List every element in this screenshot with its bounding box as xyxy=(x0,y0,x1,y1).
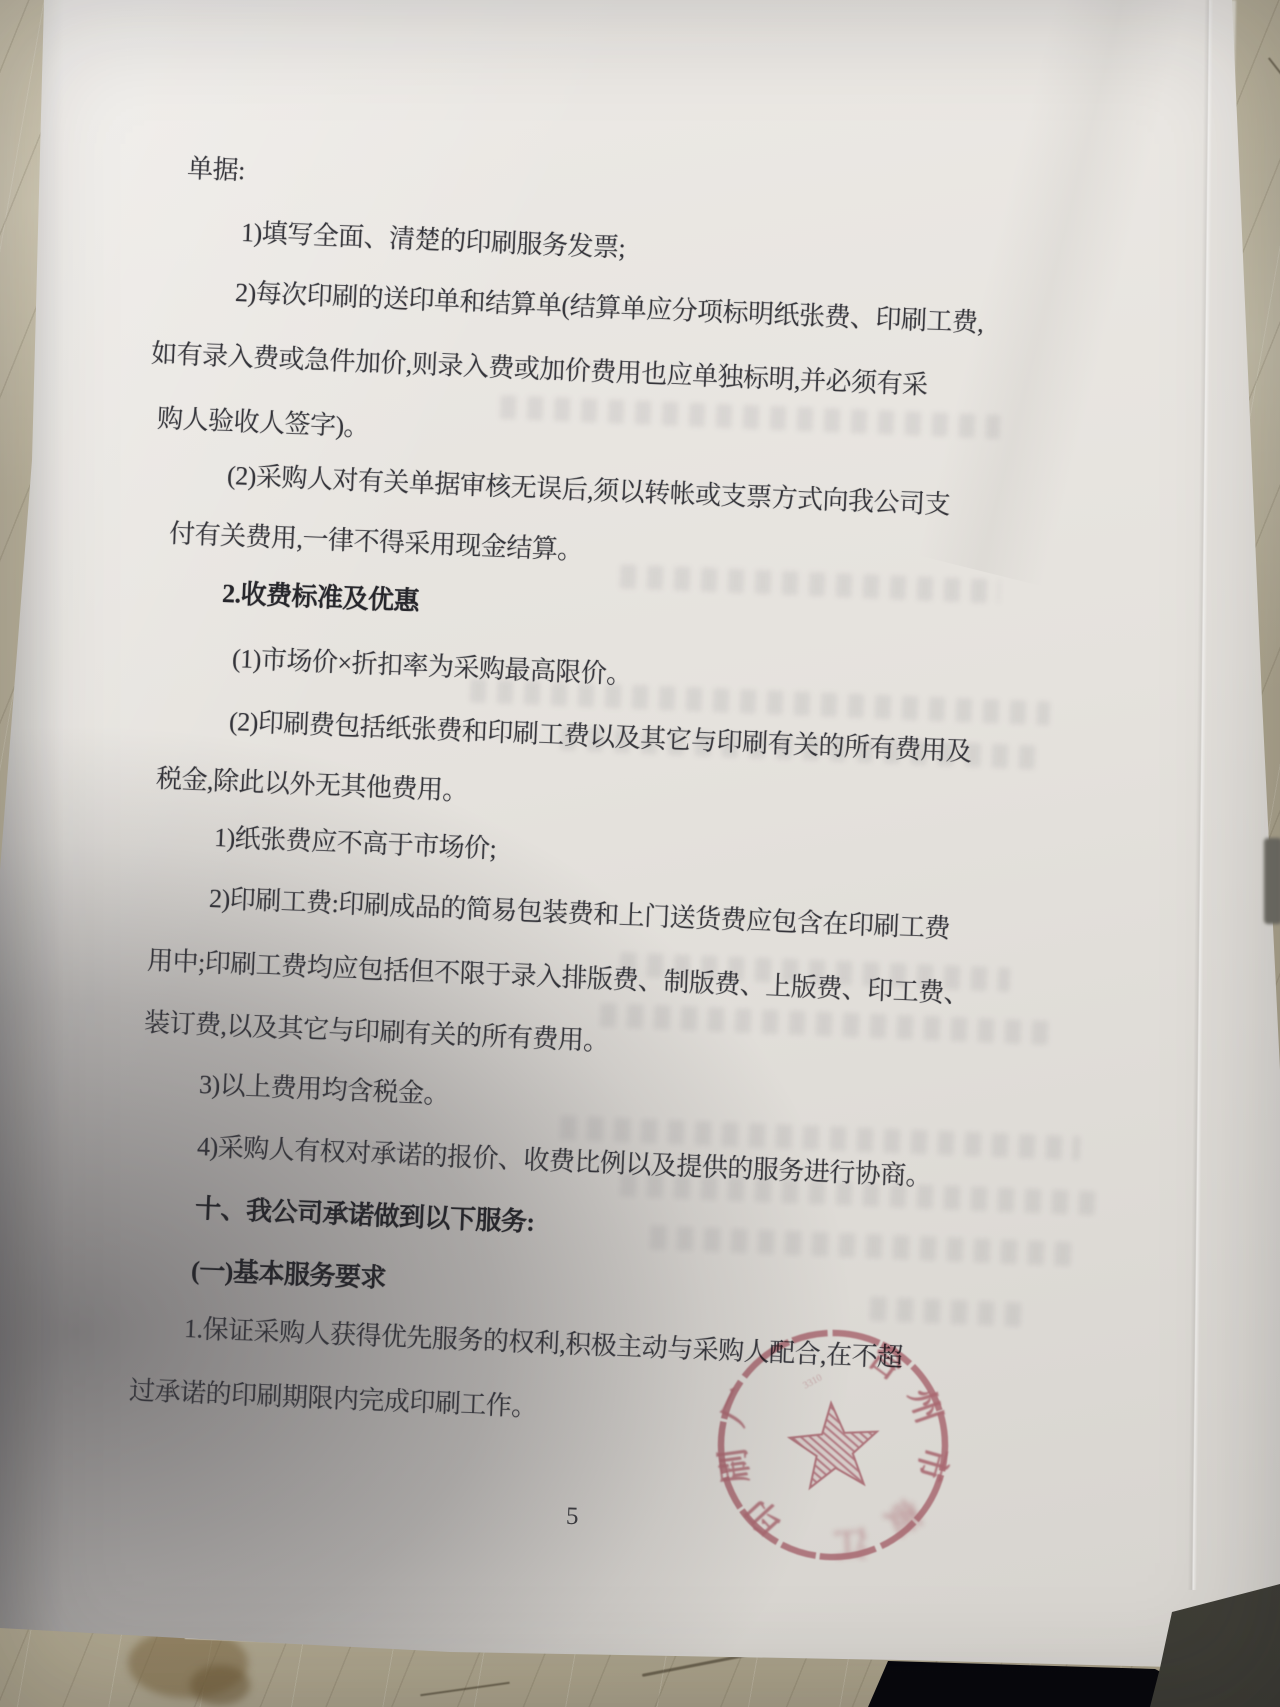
document-page: 单据:1)填写全面、清楚的印刷服务发票;2)每次印刷的送印单和结算单(结算单应分… xyxy=(0,0,1280,1707)
show-through-text xyxy=(620,564,1001,603)
paper-fold-shading xyxy=(917,0,1193,587)
svg-text:印刷厂: 印刷厂 xyxy=(708,1366,791,1544)
document-line: 十、我公司承诺做到以下服务: xyxy=(194,1188,535,1239)
document-line: 3)以上费用均含税金。 xyxy=(198,1064,449,1111)
seal-code: 3310 xyxy=(801,1372,824,1391)
document-line: 单据: xyxy=(186,148,245,187)
document-photo: 单据:1)填写全面、清楚的印刷服务发票;2)每次印刷的送印单和结算单(结算单应分… xyxy=(0,0,1280,1707)
table-stain xyxy=(190,1665,250,1705)
document-line: 过承诺的印刷期限内完成印刷工作。 xyxy=(128,1370,537,1424)
document-line: 付有关费用,一律不得采用现金结算。 xyxy=(168,513,583,567)
document-line: (一)基本服务要求 xyxy=(190,1250,386,1295)
paper-crease xyxy=(1188,0,1214,1590)
show-through-text xyxy=(650,1225,1081,1266)
star-icon xyxy=(787,1400,880,1489)
document-line: 2.收费标准及优惠 xyxy=(221,573,419,618)
company-seal-stamp: 台州市 椒江 印刷厂 3310 xyxy=(705,1317,961,1573)
document-line: 1)填写全面、清楚的印刷服务发票; xyxy=(240,212,626,265)
page-number: 5 xyxy=(566,1503,579,1531)
document-line: 装订费,以及其它与印刷有关的所有费用。 xyxy=(143,1002,609,1058)
seal-text-right: 台州市 xyxy=(859,1333,958,1508)
document-line: 1)纸张费应不高于市场价; xyxy=(213,817,497,866)
document-line: (1)市场价×折扣率为采购最高限价。 xyxy=(231,638,632,691)
document-line: 购人验收人签字)。 xyxy=(156,398,370,444)
small-dark-object xyxy=(1264,838,1280,924)
seal-text-left: 印刷厂 xyxy=(708,1366,791,1544)
document-line: (2)采购人对有关单据审核无误后,须以转帐或支票方式向我公司支 xyxy=(226,455,950,522)
show-through-text xyxy=(600,1003,1051,1045)
document-line: 用中;印刷工费均应包括但不限于录入排版费、制版费、上版费、印工费、 xyxy=(146,940,970,1011)
document-line: 如有录入费或急件加价,则录入费或加价费用也应单独标明,并必须有采 xyxy=(150,333,928,402)
svg-text:台州市: 台州市 xyxy=(859,1333,958,1508)
document-line: 税金,除此以外无其他费用。 xyxy=(155,758,468,808)
document-line: 2)每次印刷的送印单和结算单(结算单应分项标明纸张费、印刷工费, xyxy=(234,272,984,340)
document-line: 2)印刷工费:印刷成品的简易包装费和上门送货费应包含在印刷工费 xyxy=(208,878,950,945)
